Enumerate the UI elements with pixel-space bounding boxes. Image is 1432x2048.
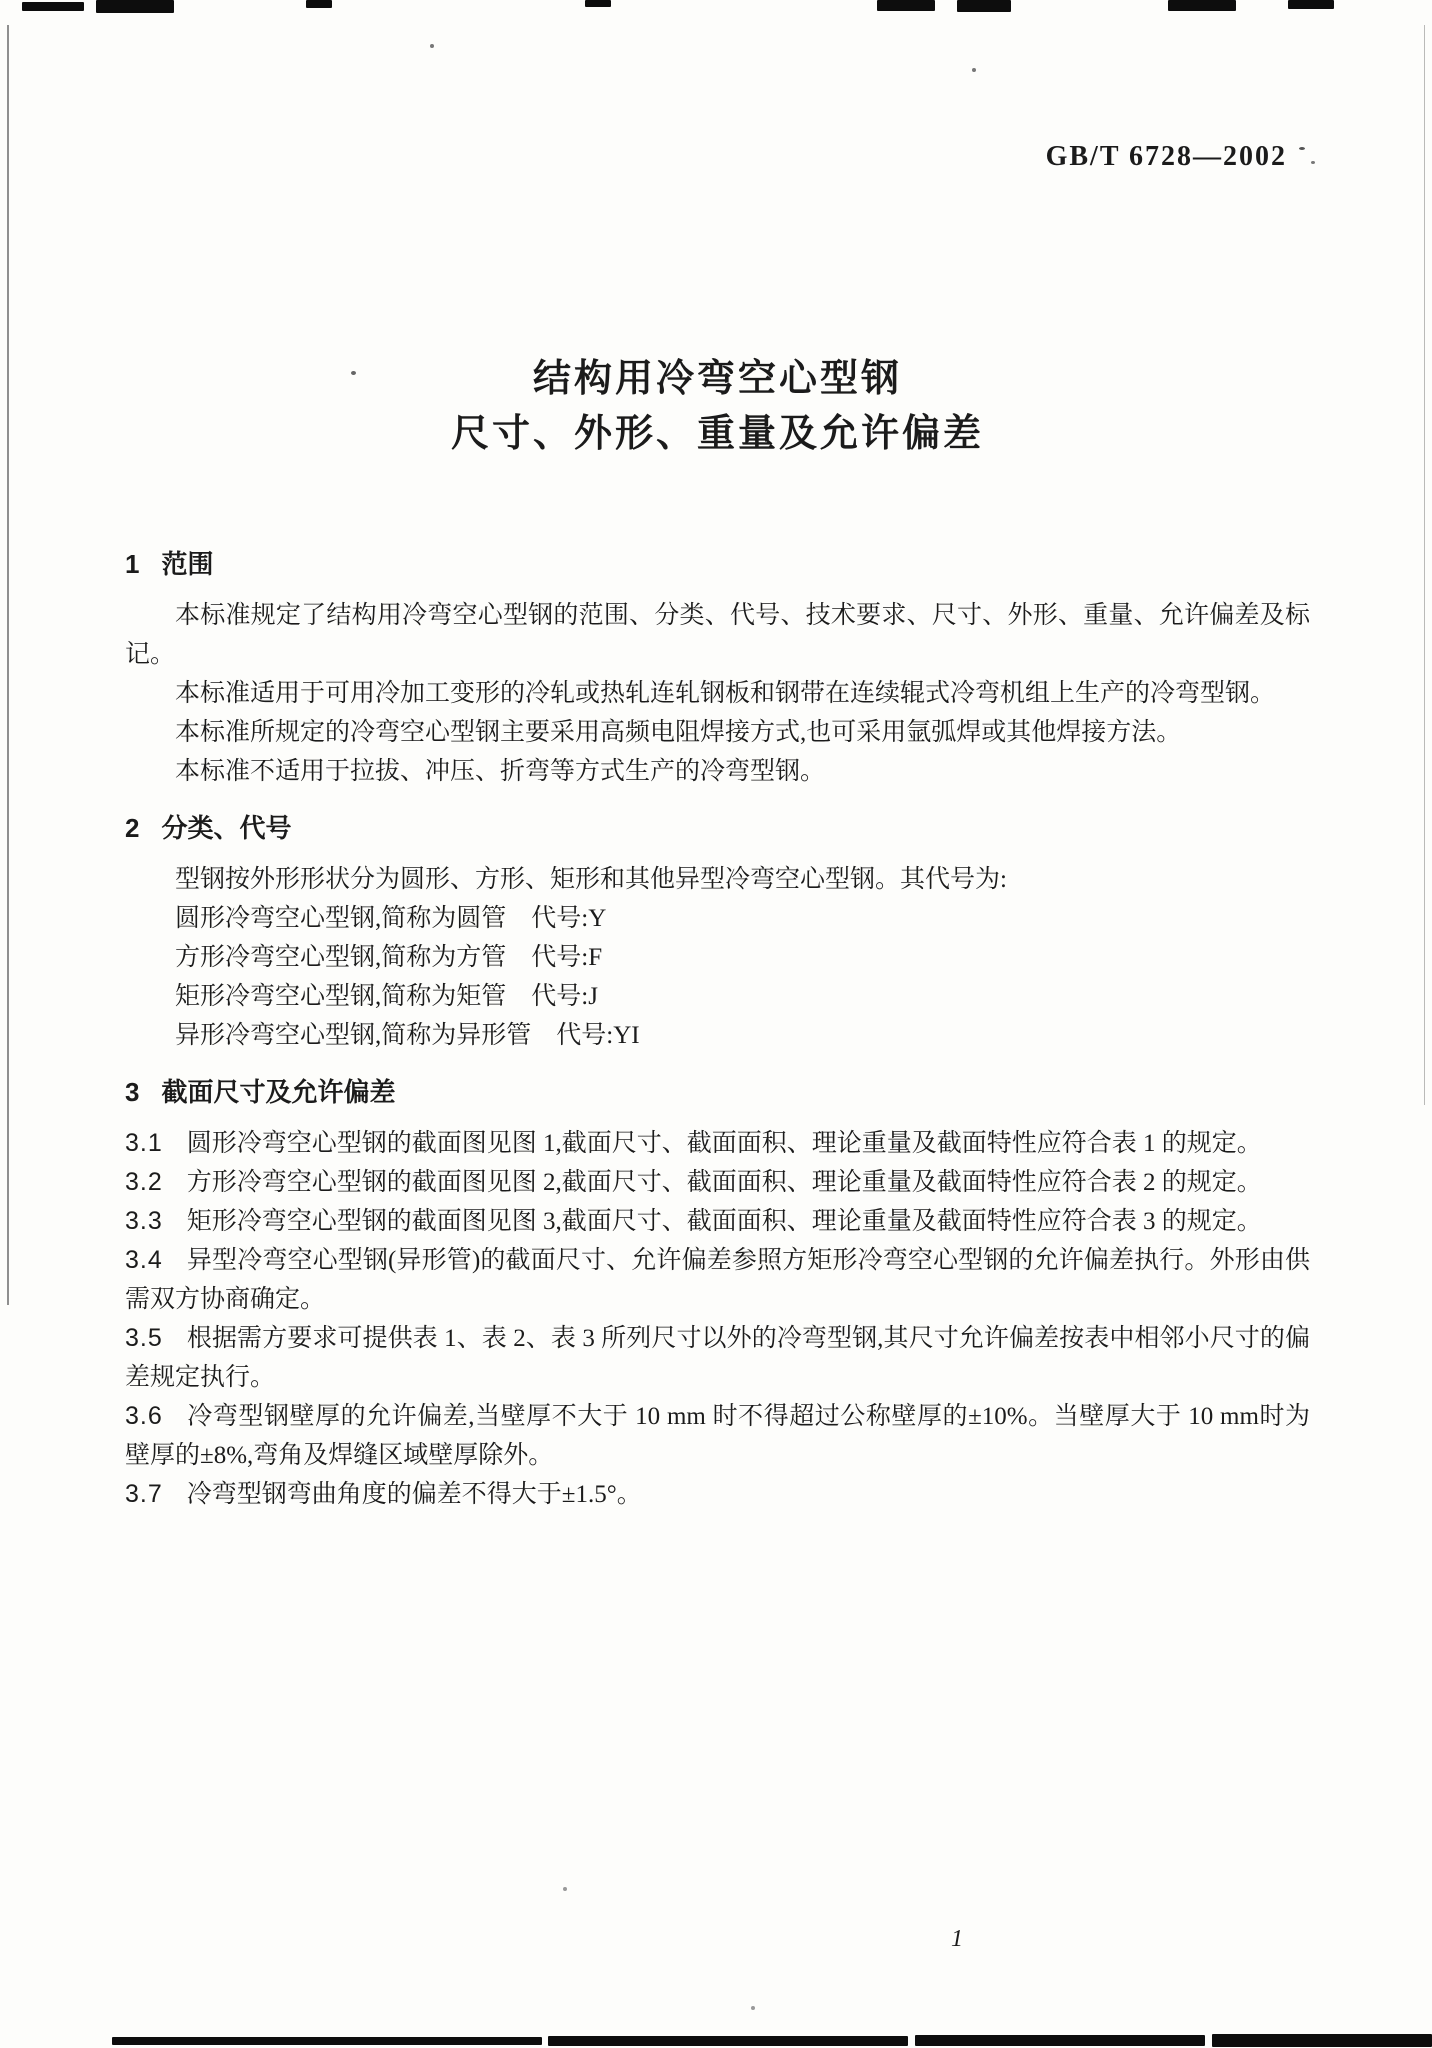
section-1-paragraph: 本标准适用于可用冷加工变形的冷轧或热轧连轧钢板和钢带在连续辊式冷弯机组上生产的冷… (125, 674, 1310, 713)
scan-artifact-top (96, 0, 174, 13)
clause-text: 圆形冷弯空心型钢的截面图见图 1,截面尺寸、截面面积、理论重量及截面特性应符合表… (187, 1130, 1262, 1157)
clause-3-5: 3.5根据需方要求可提供表 1、表 2、表 3 所列尺寸以外的冷弯型钢,其尺寸允… (125, 1319, 1310, 1397)
type-code-line: 异形冷弯空心型钢,简称为异形管 代号:YI (125, 1016, 1310, 1055)
section-2-heading: 2分类、代号 (125, 809, 1310, 848)
section-2-title: 分类、代号 (161, 813, 291, 843)
clause-3-7: 3.7冷弯型钢弯曲角度的偏差不得大于±1.5°。 (125, 1475, 1310, 1514)
scan-speck (1299, 147, 1305, 150)
scan-speck (751, 2006, 755, 2010)
clause-text: 冷弯型钢壁厚的允许偏差,当壁厚不大于 10 mm 时不得超过公称壁厚的±10%。… (125, 1403, 1310, 1469)
scan-artifact-top (1168, 0, 1236, 11)
scan-artifact-top (585, 0, 611, 7)
section-1-paragraph: 本标准规定了结构用冷弯空心型钢的范围、分类、代号、技术要求、尺寸、外形、重量、允… (125, 596, 1310, 674)
clause-text: 冷弯型钢弯曲角度的偏差不得大于±1.5°。 (187, 1481, 642, 1508)
document-title-line2: 尺寸、外形、重量及允许偏差 (125, 407, 1310, 462)
scan-artifact-top (877, 0, 935, 11)
clause-number: 3.1 (125, 1124, 163, 1163)
type-code-line: 矩形冷弯空心型钢,简称为矩管 代号:J (125, 977, 1310, 1016)
clause-number: 3.5 (125, 1319, 163, 1358)
document-title-line1: 结构用冷弯空心型钢 (125, 352, 1310, 407)
section-3-title: 截面尺寸及允许偏差 (161, 1077, 395, 1107)
section-3-number: 3 (125, 1073, 139, 1112)
section-2-number: 2 (125, 809, 139, 848)
scan-artifact-top (306, 0, 332, 8)
clause-number: 3.6 (125, 1397, 163, 1436)
scan-border-right (1424, 25, 1425, 1105)
clause-3-6: 3.6冷弯型钢壁厚的允许偏差,当壁厚不大于 10 mm 时不得超过公称壁厚的±1… (125, 1397, 1310, 1475)
scan-speck (1311, 161, 1315, 164)
type-code-line: 圆形冷弯空心型钢,简称为圆管 代号:Y (125, 899, 1310, 938)
scan-artifact-top (22, 2, 84, 11)
clause-number: 3.4 (125, 1241, 163, 1280)
clause-text: 方形冷弯空心型钢的截面图见图 2,截面尺寸、截面面积、理论重量及截面特性应符合表… (187, 1169, 1262, 1196)
scan-artifact-bottom (112, 2037, 542, 2045)
document-title: 结构用冷弯空心型钢 尺寸、外形、重量及允许偏差 (125, 352, 1310, 462)
scan-artifact-bottom (1212, 2034, 1432, 2047)
document-body: 1范围 本标准规定了结构用冷弯空心型钢的范围、分类、代号、技术要求、尺寸、外形、… (125, 545, 1310, 1514)
clause-text: 异型冷弯空心型钢(异形管)的截面尺寸、允许偏差参照方矩形冷弯空心型钢的允许偏差执… (125, 1247, 1310, 1313)
clause-3-2: 3.2方形冷弯空心型钢的截面图见图 2,截面尺寸、截面面积、理论重量及截面特性应… (125, 1163, 1310, 1202)
scan-artifact-top (957, 0, 1011, 12)
scan-artifact-bottom (548, 2036, 908, 2046)
section-1-title: 范围 (161, 549, 213, 579)
page-number: 1 (951, 1926, 963, 1953)
section-1-paragraph: 本标准所规定的冷弯空心型钢主要采用高频电阻焊接方式,也可采用氩弧焊或其他焊接方法… (125, 713, 1310, 752)
clause-text: 根据需方要求可提供表 1、表 2、表 3 所列尺寸以外的冷弯型钢,其尺寸允许偏差… (125, 1325, 1310, 1391)
section-1-number: 1 (125, 545, 139, 584)
section-1-paragraph: 本标准不适用于拉拔、冲压、折弯等方式生产的冷弯型钢。 (125, 752, 1310, 791)
clause-text: 矩形冷弯空心型钢的截面图见图 3,截面尺寸、截面面积、理论重量及截面特性应符合表… (187, 1208, 1262, 1235)
clause-number: 3.3 (125, 1202, 163, 1241)
standard-code: GB/T 6728—2002 (1046, 141, 1287, 173)
scan-artifact-bottom (915, 2035, 1205, 2046)
clause-3-4: 3.4异型冷弯空心型钢(异形管)的截面尺寸、允许偏差参照方矩形冷弯空心型钢的允许… (125, 1241, 1310, 1319)
section-2-intro: 型钢按外形形状分为圆形、方形、矩形和其他异型冷弯空心型钢。其代号为: (125, 860, 1310, 899)
scan-speck (563, 1887, 567, 1891)
clause-3-1: 3.1圆形冷弯空心型钢的截面图见图 1,截面尺寸、截面面积、理论重量及截面特性应… (125, 1124, 1310, 1163)
type-code-line: 方形冷弯空心型钢,简称为方管 代号:F (125, 938, 1310, 977)
section-3-heading: 3截面尺寸及允许偏差 (125, 1073, 1310, 1112)
clause-3-3: 3.3矩形冷弯空心型钢的截面图见图 3,截面尺寸、截面面积、理论重量及截面特性应… (125, 1202, 1310, 1241)
clause-number: 3.2 (125, 1163, 163, 1202)
scan-artifact-top (1288, 0, 1334, 9)
scan-border-left (7, 25, 9, 1305)
clause-number: 3.7 (125, 1475, 163, 1514)
document-page: GB/T 6728—2002 结构用冷弯空心型钢 尺寸、外形、重量及允许偏差 1… (0, 0, 1432, 2048)
scan-speck (972, 68, 976, 72)
scan-speck (430, 44, 434, 48)
section-1-heading: 1范围 (125, 545, 1310, 584)
